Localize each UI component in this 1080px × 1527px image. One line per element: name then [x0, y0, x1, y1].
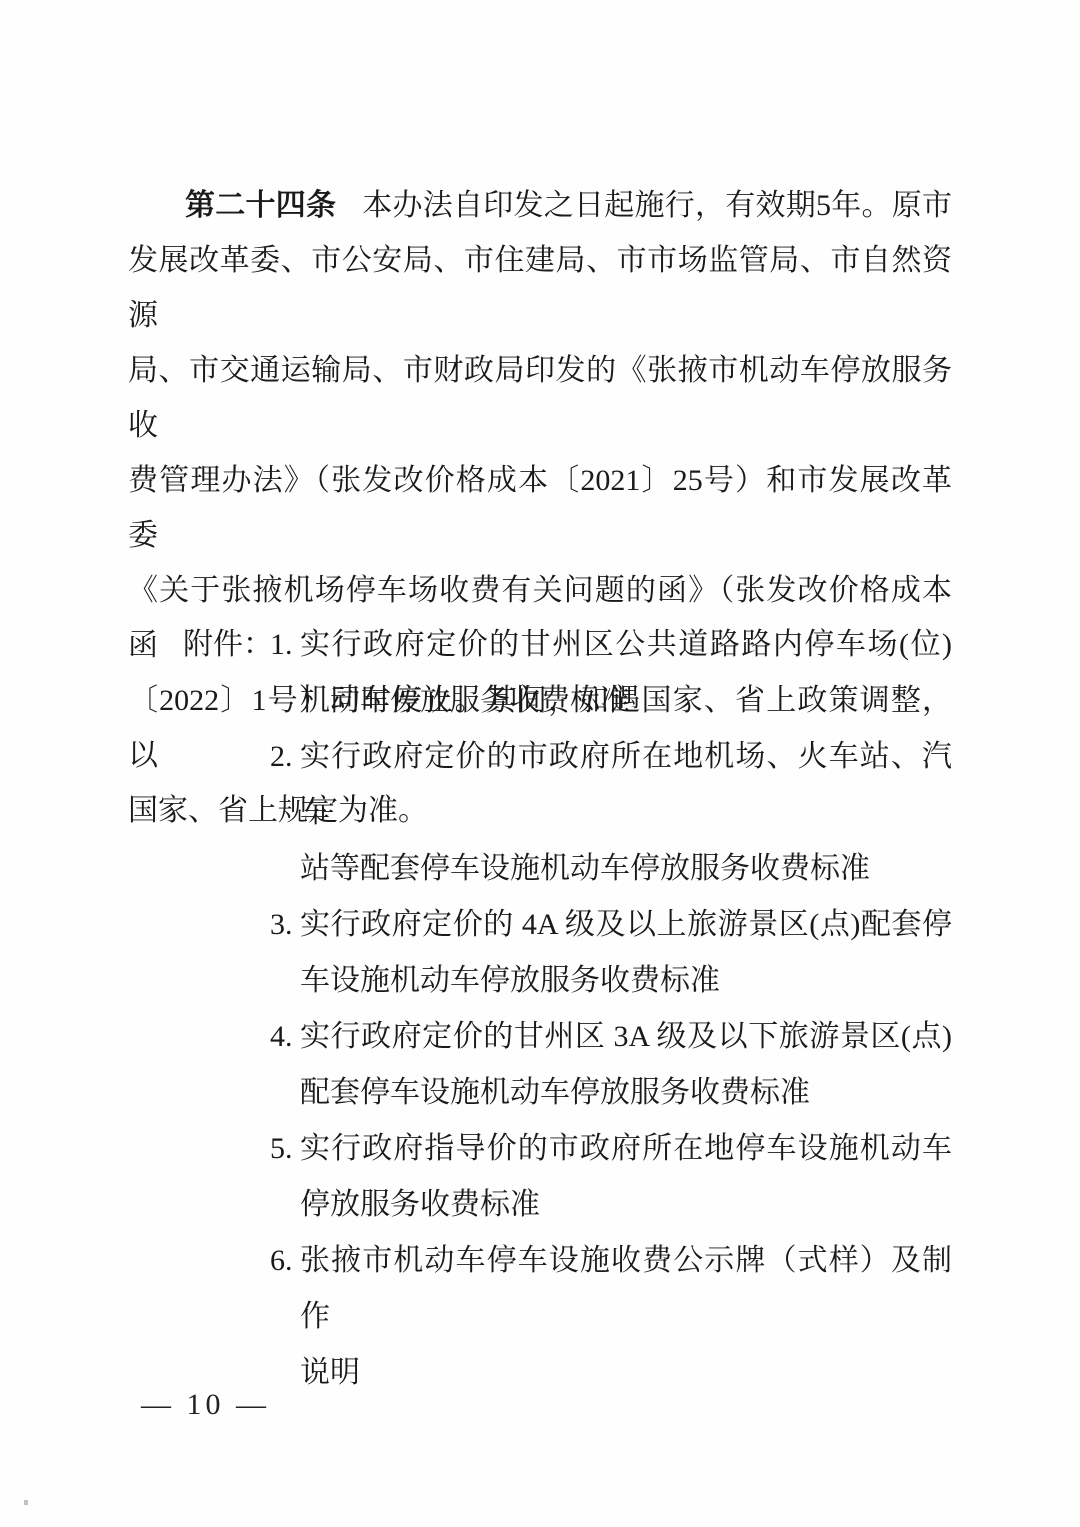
attachment-item-number: 3. — [270, 897, 300, 953]
attachment-item-number: 1. — [270, 617, 300, 673]
attachment-item-line: 实行政府定价的 4A 级及以上旅游景区(点)配套停 — [300, 897, 952, 953]
attachment-item-6: 6. 张掖市机动车停车设施收费公示牌（式样）及制作 说明 — [270, 1233, 952, 1401]
article-line-1: 第二十四条本办法自印发之日起施行，有效期5年。原市 — [128, 178, 952, 233]
article-line-3: 局、市交通运输局、市财政局印发的《张掖市机动车停放服务收 — [128, 343, 952, 453]
attachments-list: 1. 实行政府定价的甘州区公共道路路内停车场(位) 机动车停放服务收费标准 2.… — [270, 617, 952, 1401]
attachment-item-line: 机动车停放服务收费标准 — [300, 673, 952, 729]
attachment-item-5: 5. 实行政府指导价的市政府所在地停车设施机动车 停放服务收费标准 — [270, 1121, 952, 1233]
attachment-item-line: 配套停车设施机动车停放服务收费标准 — [300, 1065, 952, 1121]
attachment-item-line: 实行政府指导价的市政府所在地停车设施机动车 — [300, 1121, 952, 1177]
attachment-item-text: 实行政府定价的市政府所在地机场、火车站、汽车 站等配套停车设施机动车停放服务收费… — [300, 729, 952, 897]
attachment-item-line: 实行政府定价的市政府所在地机场、火车站、汽车 — [300, 729, 952, 841]
attachment-item-line: 实行政府定价的甘州区 3A 级及以下旅游景区(点) — [300, 1009, 952, 1065]
attachment-item-line: 张掖市机动车停车设施收费公示牌（式样）及制作 — [300, 1233, 952, 1345]
attachment-item-number: 6. — [270, 1233, 300, 1289]
attachment-item-3: 3. 实行政府定价的 4A 级及以上旅游景区(点)配套停 车设施机动车停放服务收… — [270, 897, 952, 1009]
attachment-item-4: 4. 实行政府定价的甘州区 3A 级及以下旅游景区(点) 配套停车设施机动车停放… — [270, 1009, 952, 1121]
scan-noise-speck — [24, 1500, 28, 1505]
article-line-4: 费管理办法》（张发改价格成本〔2021〕25号）和市发展改革委 — [128, 453, 952, 563]
attachment-item-text: 实行政府定价的 4A 级及以上旅游景区(点)配套停 车设施机动车停放服务收费标准 — [300, 897, 952, 1009]
attachment-item-line: 站等配套停车设施机动车停放服务收费标准 — [300, 841, 952, 897]
attachment-item-1: 1. 实行政府定价的甘州区公共道路路内停车场(位) 机动车停放服务收费标准 — [270, 617, 952, 729]
article-line-1-text: 本办法自印发之日起施行，有效期5年。原市 — [362, 189, 952, 222]
attachment-item-number: 2. — [270, 729, 300, 785]
article-number: 第二十四条 — [185, 189, 336, 222]
article-line-2: 发展改革委、市公安局、市住建局、市市场监管局、市自然资源 — [128, 233, 952, 343]
attachment-item-text: 张掖市机动车停车设施收费公示牌（式样）及制作 说明 — [300, 1233, 952, 1401]
attachments-label: 附件： — [183, 617, 273, 673]
attachment-item-text: 实行政府定价的甘州区公共道路路内停车场(位) 机动车停放服务收费标准 — [300, 617, 952, 729]
attachment-item-number: 5. — [270, 1121, 300, 1177]
attachment-item-line: 说明 — [300, 1345, 952, 1401]
page-number: — 10 — — [141, 1385, 270, 1425]
attachment-item-number: 4. — [270, 1009, 300, 1065]
attachment-item-text: 实行政府指导价的市政府所在地停车设施机动车 停放服务收费标准 — [300, 1121, 952, 1233]
attachment-item-line: 车设施机动车停放服务收费标准 — [300, 953, 952, 1009]
attachment-item-line: 停放服务收费标准 — [300, 1177, 952, 1233]
attachment-item-text: 实行政府定价的甘州区 3A 级及以下旅游景区(点) 配套停车设施机动车停放服务收… — [300, 1009, 952, 1121]
attachment-item-line: 实行政府定价的甘州区公共道路路内停车场(位) — [300, 617, 952, 673]
attachment-item-2: 2. 实行政府定价的市政府所在地机场、火车站、汽车 站等配套停车设施机动车停放服… — [270, 729, 952, 897]
document-page: 第二十四条本办法自印发之日起施行，有效期5年。原市 发展改革委、市公安局、市住建… — [0, 0, 1080, 1527]
